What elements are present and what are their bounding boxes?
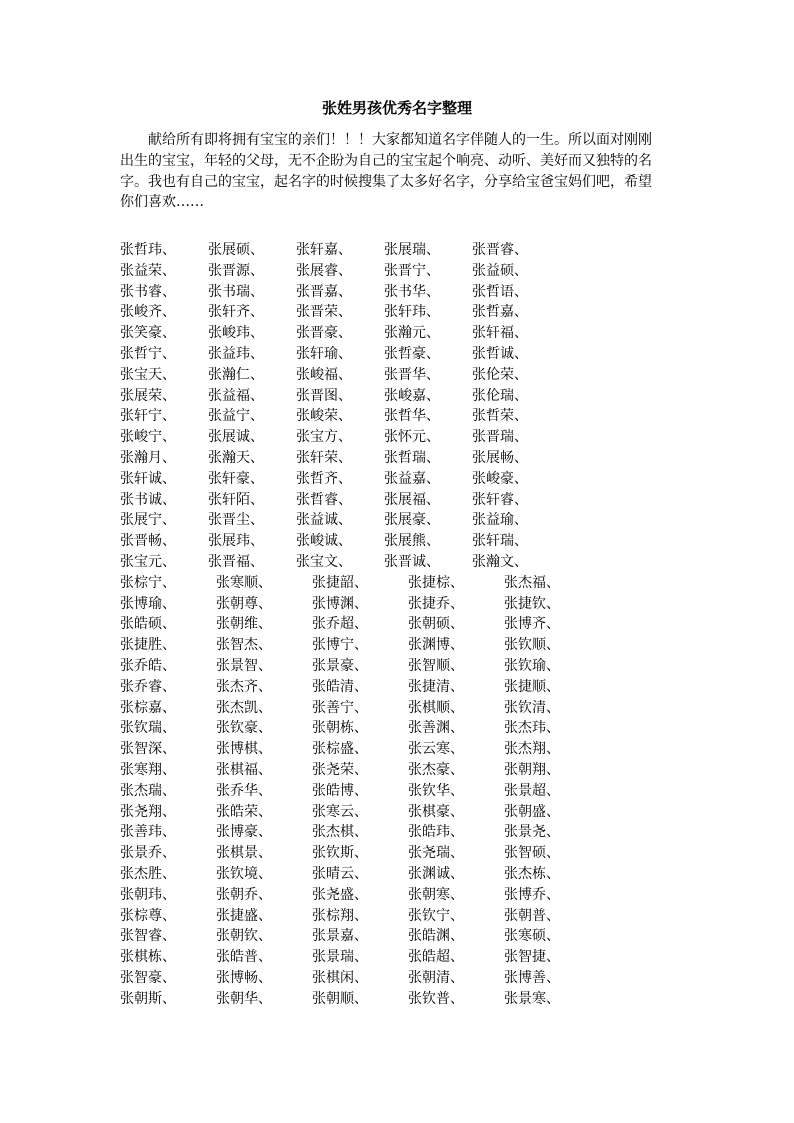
name-entry: 张朝钦、 — [216, 926, 272, 947]
name-entry: 张皓博、 — [312, 781, 368, 802]
name-entry: 张博瑜、 — [120, 594, 176, 615]
name-entry: 张轩玮、 — [384, 302, 440, 323]
name-entry: 张轩荣、 — [296, 448, 352, 469]
name-entry: 张轩齐、 — [208, 302, 264, 323]
name-entry: 张博豪、 — [216, 822, 272, 843]
name-entry: 张展畅、 — [472, 448, 528, 469]
name-entry: 张晋睿、 — [472, 240, 528, 261]
name-entry: 张轩嘉、 — [296, 240, 352, 261]
name-entry: 张瀚文、 — [472, 552, 528, 573]
name-entry: 张哲瑞、 — [384, 448, 440, 469]
name-entry: 张益玮、 — [208, 344, 264, 365]
name-entry: 张博渊、 — [312, 594, 368, 615]
name-entry: 张哲语、 — [472, 282, 528, 303]
name-entry: 张棋景、 — [216, 843, 272, 864]
name-entry: 张杰齐、 — [216, 677, 272, 698]
name-entry: 张乔睿、 — [120, 677, 176, 698]
name-entry: 张朝硕、 — [408, 614, 464, 635]
name-entry: 张景超、 — [504, 781, 560, 802]
name-entry: 张晋华、 — [384, 365, 440, 386]
name-entry: 张朝盛、 — [504, 802, 560, 823]
name-entry: 张伦瑞、 — [472, 386, 528, 407]
name-entry: 张捷韶、 — [312, 573, 368, 594]
name-entry: 张景尧、 — [504, 822, 560, 843]
name-entry: 张晋嘉、 — [296, 282, 352, 303]
name-entry: 张益嘉、 — [384, 469, 440, 490]
name-entry: 张棋福、 — [216, 760, 272, 781]
name-entry: 张博棋、 — [216, 739, 272, 760]
name-entry: 张钦宁、 — [408, 906, 464, 927]
name-entry: 张钦豪、 — [216, 718, 272, 739]
name-entry: 张轩瑞、 — [472, 531, 528, 552]
name-entry: 张棋闲、 — [312, 968, 368, 989]
name-entry: 张棕尊、 — [120, 906, 176, 927]
name-entry: 张轩福、 — [472, 323, 528, 344]
name-entry: 张捷乔、 — [408, 594, 464, 615]
name-entry: 张皓玮、 — [408, 822, 464, 843]
name-entry: 张轩豪、 — [208, 469, 264, 490]
name-entry: 张朝顺、 — [312, 989, 368, 1010]
name-entry: 张杰胜、 — [120, 864, 176, 885]
name-entry: 张景嘉、 — [312, 926, 368, 947]
name-entry: 张皓硕、 — [120, 614, 176, 635]
name-entry: 张晋瑞、 — [472, 427, 528, 448]
name-entry: 张怀元、 — [384, 427, 440, 448]
name-entry: 张益瑜、 — [472, 510, 528, 531]
name-entry: 张展豪、 — [384, 510, 440, 531]
intro-paragraph: 献给所有即将拥有宝宝的亲们！！！大家都知道名字伴随人的一生。所以面对刚刚出生的宝… — [120, 130, 660, 213]
name-entry: 张伦荣、 — [472, 365, 528, 386]
name-entry: 张智捷、 — [504, 947, 560, 968]
name-entry: 张宝文、 — [296, 552, 352, 573]
name-entry: 张峻宁、 — [120, 427, 176, 448]
name-entry: 张景乔、 — [120, 843, 176, 864]
name-entry: 张瀚月、 — [120, 448, 176, 469]
name-entry: 张展睿、 — [296, 261, 352, 282]
name-entry: 张寒云、 — [312, 802, 368, 823]
name-entry: 张皓荣、 — [216, 802, 272, 823]
name-entry: 张杰瑞、 — [120, 781, 176, 802]
name-entry: 张轩陌、 — [208, 490, 264, 511]
name-entry: 张捷盛、 — [216, 906, 272, 927]
name-entry: 张善渊、 — [408, 718, 464, 739]
name-entry: 张益硕、 — [472, 261, 528, 282]
name-entry: 张景瑞、 — [312, 947, 368, 968]
name-entry: 张钦斯、 — [312, 843, 368, 864]
name-entry: 张捷清、 — [408, 677, 464, 698]
name-entry: 张瀚元、 — [384, 323, 440, 344]
name-entry: 张哲嘉、 — [472, 302, 528, 323]
name-entry: 张哲宁、 — [120, 344, 176, 365]
name-entry: 张展瑞、 — [384, 240, 440, 261]
name-entry: 张捷钦、 — [504, 594, 560, 615]
name-entry: 张钦清、 — [504, 698, 560, 719]
name-entry: 张智深、 — [120, 739, 176, 760]
name-entry: 张杰棋、 — [312, 822, 368, 843]
name-entry: 张展诚、 — [208, 427, 264, 448]
name-entry: 张朝栋、 — [312, 718, 368, 739]
name-entry: 张棋栋、 — [120, 947, 176, 968]
name-entry: 张博宁、 — [312, 635, 368, 656]
name-entry: 张乔华、 — [216, 781, 272, 802]
name-entry: 张智硕、 — [504, 843, 560, 864]
name-entry: 张朝维、 — [216, 614, 272, 635]
name-entry: 张杰凯、 — [216, 698, 272, 719]
name-entry: 张寒翔、 — [120, 760, 176, 781]
name-entry: 张益宁、 — [208, 406, 264, 427]
name-entry: 张智豪、 — [120, 968, 176, 989]
name-entry: 张善玮、 — [120, 822, 176, 843]
name-entry: 张书睿、 — [120, 282, 176, 303]
name-entry: 张朝玮、 — [120, 885, 176, 906]
name-entry: 张哲荣、 — [472, 406, 528, 427]
name-entry: 张益福、 — [208, 386, 264, 407]
name-entry: 张朝尊、 — [216, 594, 272, 615]
name-entry: 张峻嘉、 — [384, 386, 440, 407]
name-entry: 张捷棕、 — [408, 573, 464, 594]
name-entry: 张棋豪、 — [408, 802, 464, 823]
name-entry: 张博畅、 — [216, 968, 272, 989]
name-entry: 张轩诚、 — [120, 469, 176, 490]
name-entry: 张钦华、 — [408, 781, 464, 802]
name-entry: 张寒硕、 — [504, 926, 560, 947]
name-entry: 张尧盛、 — [312, 885, 368, 906]
name-entry: 张晋荣、 — [296, 302, 352, 323]
name-entry: 张益荣、 — [120, 261, 176, 282]
name-entry: 张钦顺、 — [504, 635, 560, 656]
name-entry: 张轩宁、 — [120, 406, 176, 427]
name-entry: 张钦境、 — [216, 864, 272, 885]
name-entry: 张峻荣、 — [296, 406, 352, 427]
name-entry: 张峻玮、 — [208, 323, 264, 344]
name-entry: 张棋顺、 — [408, 698, 464, 719]
name-entry: 张书华、 — [384, 282, 440, 303]
name-entry: 张益诚、 — [296, 510, 352, 531]
document-title: 张姓男孩优秀名字整理 — [0, 97, 794, 118]
name-entry: 张哲睿、 — [296, 490, 352, 511]
name-entry: 张晋诚、 — [384, 552, 440, 573]
name-entry: 张棕翔、 — [312, 906, 368, 927]
name-entry: 张博齐、 — [504, 614, 560, 635]
name-entry: 张寒顺、 — [216, 573, 272, 594]
name-entry: 张晋尘、 — [208, 510, 264, 531]
name-entry: 张捷胜、 — [120, 635, 176, 656]
name-entry: 张智顺、 — [408, 656, 464, 677]
name-entry: 张尧翔、 — [120, 802, 176, 823]
name-entry: 张博乔、 — [504, 885, 560, 906]
name-entry: 张峻福、 — [296, 365, 352, 386]
name-entry: 张钦普、 — [408, 989, 464, 1010]
name-entry: 张景智、 — [216, 656, 272, 677]
name-entry: 张渊博、 — [408, 635, 464, 656]
name-entry: 张捷顺、 — [504, 677, 560, 698]
name-entry: 张杰豪、 — [408, 760, 464, 781]
name-entry: 张晋源、 — [208, 261, 264, 282]
name-entry: 张宝元、 — [120, 552, 176, 573]
name-entry: 张杰福、 — [504, 573, 560, 594]
name-entry: 张朝乔、 — [216, 885, 272, 906]
name-entry: 张峻诚、 — [296, 531, 352, 552]
name-entry: 张瀚仁、 — [208, 365, 264, 386]
name-entry: 张哲玮、 — [120, 240, 176, 261]
name-entry: 张峻豪、 — [472, 469, 528, 490]
name-entry: 张棕嘉、 — [120, 698, 176, 719]
name-entry: 张云寒、 — [408, 739, 464, 760]
name-entry: 张钦瑞、 — [120, 718, 176, 739]
name-entry: 张乔皓、 — [120, 656, 176, 677]
name-entry: 张展玮、 — [208, 531, 264, 552]
name-entry: 张宝天、 — [120, 365, 176, 386]
name-entry: 张棕盛、 — [312, 739, 368, 760]
name-entry: 张朝清、 — [408, 968, 464, 989]
name-entry: 张宝方、 — [296, 427, 352, 448]
name-entry: 张朝华、 — [216, 989, 272, 1010]
name-entry: 张朝寒、 — [408, 885, 464, 906]
name-entry: 张乔超、 — [312, 614, 368, 635]
name-entry: 张朝普、 — [504, 906, 560, 927]
name-entry: 张尧荣、 — [312, 760, 368, 781]
name-entry: 张渊诚、 — [408, 864, 464, 885]
name-entry: 张瀚天、 — [208, 448, 264, 469]
name-entry: 张皓清、 — [312, 677, 368, 698]
name-entry: 张皓渊、 — [408, 926, 464, 947]
name-entry: 张展熊、 — [384, 531, 440, 552]
name-entry: 张棕宁、 — [120, 573, 176, 594]
name-entry: 张晴云、 — [312, 864, 368, 885]
name-entry: 张杰栋、 — [504, 864, 560, 885]
name-entry: 张杰玮、 — [504, 718, 560, 739]
name-entry: 张书瑞、 — [208, 282, 264, 303]
document-page: 张姓男孩优秀名字整理 献给所有即将拥有宝宝的亲们！！！大家都知道名字伴随人的一生… — [0, 0, 794, 1123]
name-entry: 张晋福、 — [208, 552, 264, 573]
name-entry: 张书诚、 — [120, 490, 176, 511]
name-entry: 张皓普、 — [216, 947, 272, 968]
name-entry: 张善宁、 — [312, 698, 368, 719]
name-entry: 张晋图、 — [296, 386, 352, 407]
name-entry: 张晋畅、 — [120, 531, 176, 552]
name-entry: 张皓超、 — [408, 947, 464, 968]
name-entry: 张哲豪、 — [384, 344, 440, 365]
name-entry: 张展福、 — [384, 490, 440, 511]
name-entry: 张展荣、 — [120, 386, 176, 407]
name-entry: 张朝斯、 — [120, 989, 176, 1010]
name-entry: 张景寒、 — [504, 989, 560, 1010]
name-entry: 张轩睿、 — [472, 490, 528, 511]
name-entry: 张哲齐、 — [296, 469, 352, 490]
name-entry: 张景豪、 — [312, 656, 368, 677]
name-entry: 张轩瑜、 — [296, 344, 352, 365]
name-entry: 张智杰、 — [216, 635, 272, 656]
name-entry: 张晋宁、 — [384, 261, 440, 282]
name-entry: 张朝翔、 — [504, 760, 560, 781]
name-entry: 张杰翔、 — [504, 739, 560, 760]
name-entry: 张笑豪、 — [120, 323, 176, 344]
name-entry: 张智睿、 — [120, 926, 176, 947]
name-entry: 张博善、 — [504, 968, 560, 989]
name-entry: 张展硕、 — [208, 240, 264, 261]
name-entry: 张钦瑜、 — [504, 656, 560, 677]
name-entry: 张晋豪、 — [296, 323, 352, 344]
name-entry: 张哲华、 — [384, 406, 440, 427]
name-entry: 张尧瑞、 — [408, 843, 464, 864]
name-entry: 张哲诚、 — [472, 344, 528, 365]
name-entry: 张峻齐、 — [120, 302, 176, 323]
name-entry: 张展宁、 — [120, 510, 176, 531]
